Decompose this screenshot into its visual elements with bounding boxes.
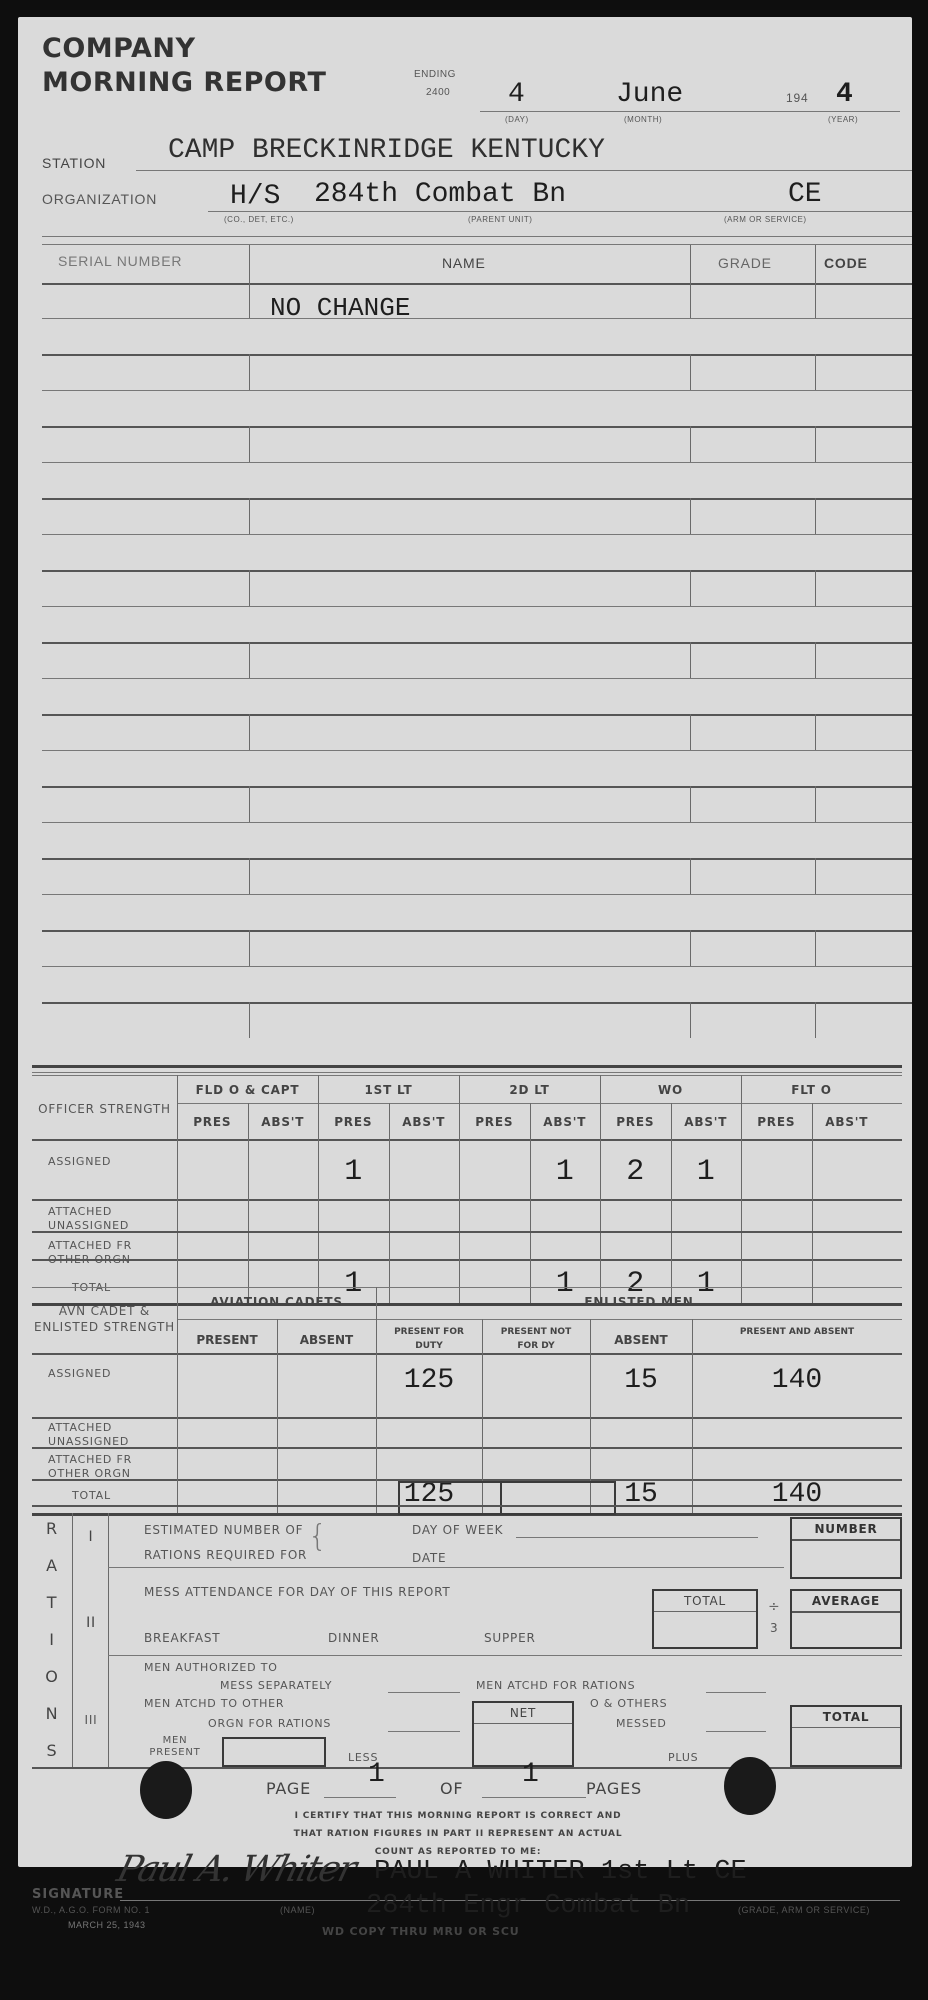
officer-group-header: 2D LT (459, 1083, 600, 1097)
officer-subcol-header: ABS'T (389, 1115, 460, 1129)
report-month: June (616, 79, 683, 110)
officer-strength-title: OFFICER STRENGTH (32, 1101, 177, 1118)
col-serial-number: SERIAL NUMBER (58, 253, 182, 269)
officer-subcol-header: PRES (741, 1115, 812, 1129)
rations-side-letter: I (32, 1630, 72, 1649)
officer-row-label: ASSIGNED (48, 1155, 168, 1169)
enlisted-row-label: ATTACHED UNASSIGNED (48, 1421, 168, 1449)
rations-total-box[interactable]: TOTAL (790, 1705, 902, 1767)
mess-separately-label: MESS SEPARATELY (220, 1679, 332, 1692)
rations-part2-numeral: II (76, 1615, 106, 1631)
officer-subcol-header: PRES (177, 1115, 248, 1129)
name-caption: (NAME) (280, 1905, 315, 1915)
supper-label: SUPPER (484, 1631, 536, 1645)
organization-parent: 284th Combat Bn (314, 179, 566, 210)
officer-cell[interactable]: 1 (530, 1155, 601, 1189)
grade-caption: (GRADE, ARM OR SERVICE) (738, 1905, 870, 1915)
signer-name: PAUL A WHITER 1st Lt CE (374, 1857, 747, 1887)
punch-hole-right (724, 1757, 776, 1815)
of-label: OF (440, 1779, 463, 1798)
officer-group-header: 1ST LT (318, 1083, 459, 1097)
enlisted-row-label: ASSIGNED (48, 1367, 168, 1381)
enlisted-row-label: TOTAL (72, 1489, 192, 1503)
year-prefix: 194 (786, 91, 808, 105)
organization-label: ORGANIZATION (42, 191, 157, 207)
rations-part1-numeral: I (76, 1529, 106, 1545)
officer-subcol-header: PRES (318, 1115, 389, 1129)
mess-attendance-heading: MESS ATTENDANCE FOR DAY OF THIS REPORT (144, 1585, 451, 1599)
page-number: 1 (368, 1759, 385, 1790)
enlisted-col-header: PRESENT FOR DUTY (376, 1325, 482, 1353)
enlisted-col-header: ABSENT (590, 1333, 692, 1347)
officer-subcol-header: ABS'T (530, 1115, 601, 1129)
officer-cell[interactable]: 1 (671, 1155, 742, 1189)
ending-time: 2400 (426, 87, 450, 98)
rations-date-label: DATE (412, 1551, 446, 1565)
page-label: PAGE (266, 1779, 311, 1798)
enlisted-col-header: PRESENT (177, 1333, 277, 1347)
rations-side-letter: A (32, 1556, 72, 1575)
report-year-digit: 4 (836, 79, 853, 110)
signer-unit: 284th Engr Combat Bn (366, 1891, 690, 1921)
rations-day-of-week-label: DAY OF WEEK (412, 1523, 503, 1537)
ending-label: ENDING (414, 69, 456, 80)
wd-copy-note: WD COPY THRU MRU OR SCU (322, 1925, 519, 1938)
aviation-cadets-header: AVIATION CADETS (177, 1295, 376, 1309)
org-caption-co: (CO., DET, ETC.) (224, 215, 294, 224)
officer-strength-table: OFFICER STRENGTH FLD O & CAPTPRESABS'T1S… (32, 1075, 902, 1287)
form-title-morning-report: MORNING REPORT (42, 67, 326, 98)
officer-group-header: FLD O & CAPT (177, 1083, 318, 1097)
officer-subcol-header: PRES (459, 1115, 530, 1129)
men-present-box[interactable] (222, 1737, 326, 1767)
year-caption: (YEAR) (828, 115, 858, 124)
net-box[interactable]: NET (472, 1701, 574, 1767)
messed-label: MESSED (616, 1717, 667, 1730)
rations-required-label: RATIONS REQUIRED FOR (144, 1548, 307, 1562)
rations-side-letter: S (32, 1741, 72, 1760)
men-atchd-other-label: MEN ATCHD TO OTHER (144, 1697, 284, 1710)
org-caption-arm: (ARM OR SERVICE) (724, 215, 807, 224)
rations-side-letter: R (32, 1519, 72, 1538)
rations-estimated-label: ESTIMATED NUMBER OF (144, 1523, 303, 1537)
rations-part3-numeral: III (76, 1713, 106, 1727)
pages-label: PAGES (586, 1779, 642, 1798)
officer-row-label: ATTACHED FR OTHER ORGN (48, 1239, 168, 1267)
officer-subcol-header: ABS'T (248, 1115, 319, 1129)
page-total: 1 (522, 1759, 539, 1790)
form-number: W.D., A.G.O. FORM NO. 1 (32, 1905, 150, 1915)
officer-group-header: FLT O (741, 1083, 882, 1097)
breakfast-label: BREAKFAST (144, 1631, 220, 1645)
col-grade: GRADE (718, 255, 772, 271)
handwritten-signature: Paul A. Whiter (113, 1849, 359, 1890)
officer-cell[interactable]: 1 (318, 1155, 389, 1189)
day-caption: (DAY) (505, 115, 529, 124)
col-name: NAME (442, 255, 486, 271)
rations-section: RATIONS I ESTIMATED NUMBER OF RATIONS RE… (32, 1505, 902, 1767)
rations-side-letter: N (32, 1704, 72, 1723)
plus-label: PLUS (668, 1751, 698, 1764)
mess-total-box[interactable]: TOTAL (652, 1589, 758, 1649)
enlisted-col-header: PRESENT AND ABSENT (692, 1325, 902, 1339)
officer-row-label: ATTACHED UNASSIGNED (48, 1205, 168, 1233)
orgn-rations-label: ORGN FOR RATIONS (208, 1717, 331, 1730)
organization-arm: CE (788, 179, 822, 210)
signature-label: SIGNATURE (32, 1887, 124, 1902)
form-title-company: COMPANY (42, 33, 196, 64)
org-caption-parent: (PARENT UNIT) (468, 215, 532, 224)
enlisted-col-header: PRESENT NOT FOR DY (482, 1325, 590, 1353)
form-date: MARCH 25, 1943 (68, 1920, 146, 1930)
men-present-label: MEN PRESENT (132, 1735, 218, 1759)
o-others-label: O & OTHERS (590, 1697, 667, 1710)
officer-subcol-header: ABS'T (671, 1115, 742, 1129)
enlisted-row-label: ATTACHED FR OTHER ORGN (48, 1453, 168, 1481)
officer-subcol-header: PRES (600, 1115, 671, 1129)
punch-hole-left (140, 1761, 192, 1819)
divisor: 3 (770, 1621, 778, 1635)
organization-unit: H/S (230, 181, 280, 212)
month-caption: (MONTH) (624, 115, 662, 124)
report-day: 4 (508, 79, 525, 110)
station-value: CAMP BRECKINRIDGE KENTUCKY (168, 135, 605, 166)
enlisted-col-header: ABSENT (277, 1333, 376, 1347)
men-authorized-label: MEN AUTHORIZED TO (144, 1661, 278, 1674)
divide-symbol: ÷ (768, 1599, 781, 1615)
officer-subcol-header: ABS'T (812, 1115, 883, 1129)
dinner-label: DINNER (328, 1631, 379, 1645)
enlisted-men-header: ENLISTED MEN (376, 1295, 902, 1309)
men-atchd-rations-label: MEN ATCHD FOR RATIONS (476, 1679, 635, 1692)
rations-side-letter: T (32, 1593, 72, 1612)
enlisted-cell[interactable]: 15 (590, 1365, 692, 1396)
station-label: STATION (42, 155, 106, 171)
rations-number-box[interactable]: NUMBER (790, 1517, 902, 1579)
morning-report-form: COMPANY MORNING REPORT ENDING 2400 4 (DA… (18, 17, 912, 1867)
enlisted-strength-title: AVN CADET & ENLISTED STRENGTH (32, 1303, 177, 1335)
officer-group-header: WO (600, 1083, 741, 1097)
enlisted-strength-table: AVN CADET & ENLISTED STRENGTH AVIATION C… (32, 1287, 902, 1497)
mess-average-box[interactable]: AVERAGE (790, 1589, 902, 1649)
col-code: CODE (824, 255, 868, 271)
officer-cell[interactable]: 2 (600, 1155, 671, 1189)
enlisted-cell[interactable]: 140 (692, 1365, 902, 1396)
enlisted-cell[interactable]: 125 (376, 1365, 482, 1396)
rations-side-letter: O (32, 1667, 72, 1686)
